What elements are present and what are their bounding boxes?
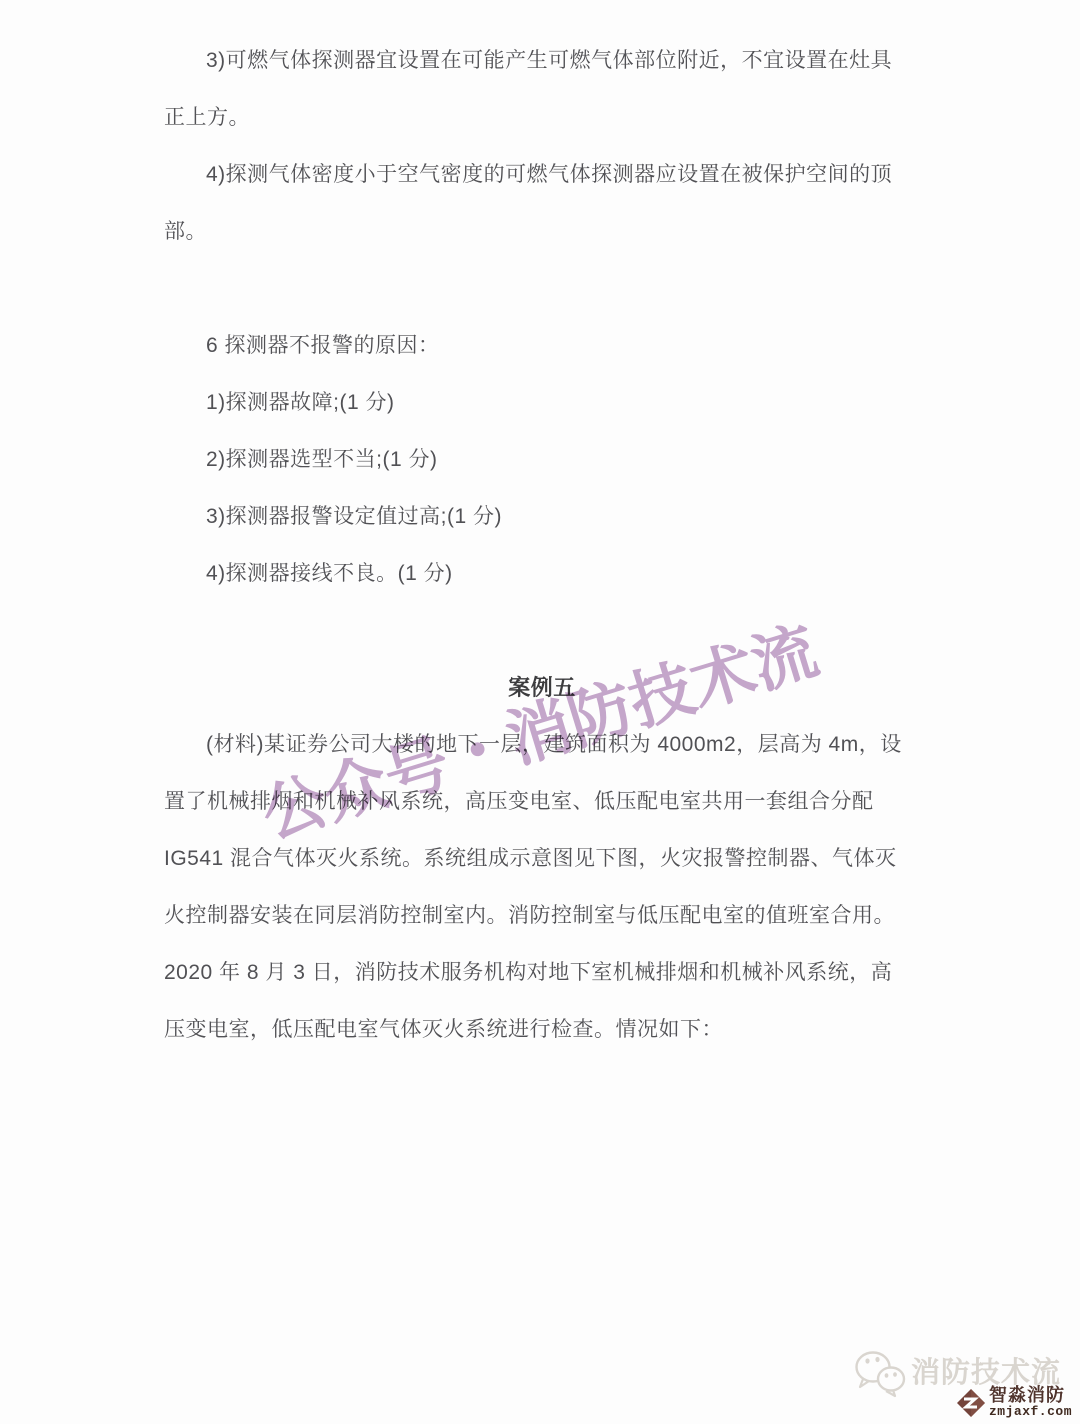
site-logo: 智淼消防 zmjaxf.com [956,1386,1072,1419]
wechat-icon [853,1348,907,1398]
text-line: 1)探测器故障;(1 分) [164,374,920,431]
text-line: 2020 年 8 月 3 日，消防技术服务机构对地下室机械排烟和机械补风系统，高 [164,944,920,1001]
text-line: 3)探测器报警设定值过高;(1 分) [164,488,920,545]
text-line: 正上方。 [164,89,920,146]
diamond-z-logo-icon [956,1388,986,1418]
brand-watermark-label: 消防技术流 [911,1359,1061,1388]
text-line: 置了机械排烟和机械补风系统，高压变电室、低压配电室共用一套组合分配 [164,773,920,830]
text-line: 6 探测器不报警的原因： [164,317,920,374]
text-line: 4)探测气体密度小于空气密度的可燃气体探测器应设置在被保护空间的顶 [164,146,920,203]
text-line: 火控制器安装在同层消防控制室内。消防控制室与低压配电室的值班室合用。 [164,887,920,944]
text-line: IG541 混合气体灭火系统。系统组成示意图见下图，火灾报警控制器、气体灭 [164,830,920,887]
text-line: 3)可燃气体探测器宜设置在可能产生可燃气体部位附近，不宜设置在灶具 [164,32,920,89]
text-line: (材料)某证券公司大楼的地下一层，建筑面积为 4000m2，层高为 4m，设 [164,716,920,773]
text-line: 压变电室，低压配电室气体灭火系统进行检查。情况如下： [164,1001,920,1058]
text-line: 4)探测器接线不良。(1 分) [164,545,920,602]
document-page: 3)可燃气体探测器宜设置在可能产生可燃气体部位附近，不宜设置在灶具正上方。4)探… [0,0,1080,1424]
text-line: 2)探测器选型不当;(1 分) [164,431,920,488]
site-logo-title: 智淼消防 [989,1386,1072,1405]
section-heading: 案例五 [164,659,920,716]
site-logo-url: zmjaxf.com [989,1405,1072,1419]
text-line [164,260,920,317]
text-line [164,602,920,659]
document-body: 3)可燃气体探测器宜设置在可能产生可燃气体部位附近，不宜设置在灶具正上方。4)探… [164,32,920,1058]
text-line: 部。 [164,203,920,260]
